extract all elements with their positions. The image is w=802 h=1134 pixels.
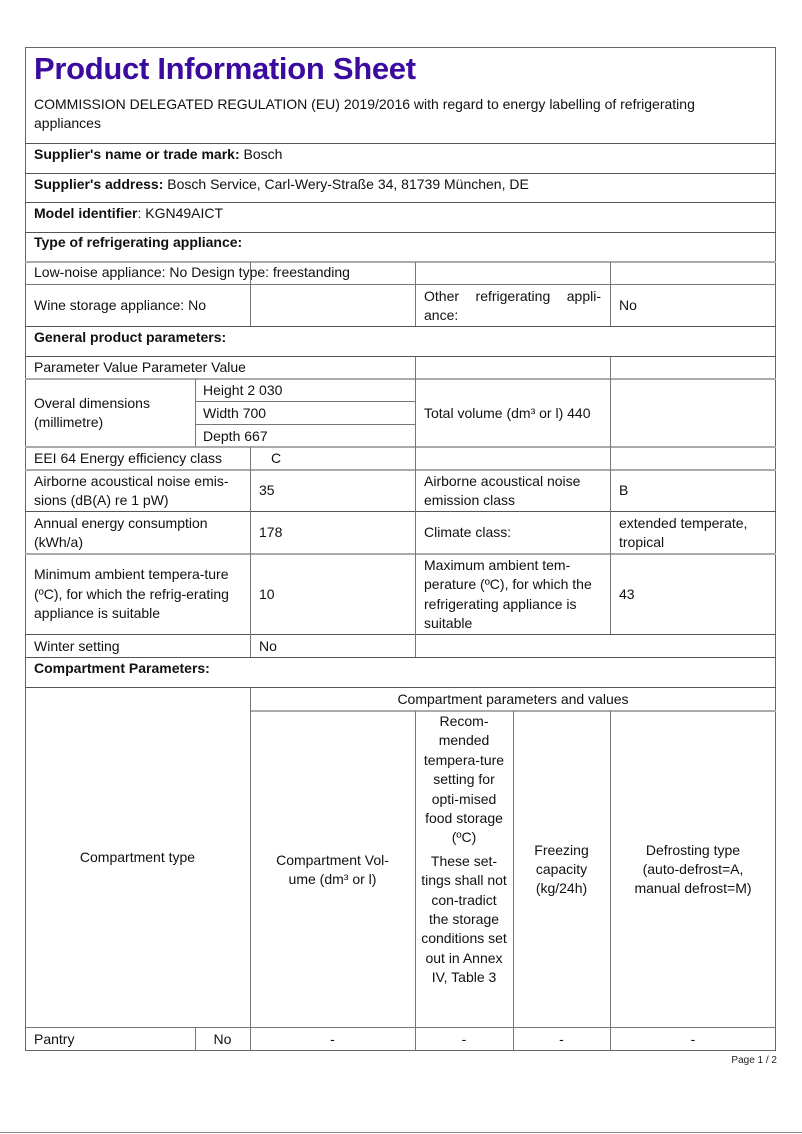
- dimension-height-value: 2 030: [247, 381, 282, 400]
- climate-value: extended temperate, tropical: [610, 512, 776, 553]
- page-title: Product Information Sheet: [34, 49, 416, 89]
- min-temp-label: Minimum ambient tempera-ture (ºC), for w…: [25, 555, 250, 634]
- row-compartment-freezing: -: [513, 1028, 610, 1050]
- climate-label: Climate class:: [415, 512, 610, 553]
- supplier-name-value: Bosch: [240, 146, 283, 162]
- general-heading: General product parameters:: [34, 328, 226, 347]
- low-noise-row: Low-noise appliance: No Design type: fre…: [34, 263, 350, 282]
- winter-label: Winter setting: [25, 635, 250, 657]
- model-identifier: Model identifier: KGN49AICT: [34, 204, 223, 223]
- col-defrosting-type: Defrosting type (auto-defrost=A, manual …: [610, 712, 776, 1027]
- energy-value: 178: [250, 512, 415, 553]
- row-compartment-volume: -: [250, 1028, 415, 1050]
- noise-class-value: B: [610, 470, 776, 511]
- dimension-width-label: Width: [203, 404, 239, 423]
- dimension-height: Height 2 030: [195, 379, 415, 401]
- compartment-group-header: Compartment parameters and values: [250, 688, 776, 710]
- col-freezing-capacity: Freezing capacity (kg/24h): [513, 712, 610, 1027]
- min-temp-value: 10: [250, 555, 415, 634]
- eei-class: C: [250, 447, 415, 469]
- supplier-name-label: Supplier's name or trade mark:: [34, 146, 240, 162]
- compartment-heading: Compartment Parameters:: [34, 659, 210, 678]
- regulation-subtitle: COMMISSION DELEGATED REGULATION (EU) 201…: [34, 95, 734, 133]
- row-compartment-type: Pantry: [25, 1028, 195, 1050]
- model-identifier-value: : KGN49AICT: [137, 205, 223, 221]
- col-recommended-temp-a: Recom-mended tempera-ture setting for op…: [421, 712, 507, 848]
- other-appliance-value: No: [610, 285, 776, 326]
- col-compartment-type: Compartment type: [25, 688, 250, 1027]
- other-appliance-label: Other refrigerating appli-ance:: [415, 285, 610, 326]
- noise-label: Airborne acoustical noise emis-sions (dB…: [25, 470, 250, 511]
- dimension-depth-value: 667: [244, 427, 267, 446]
- model-identifier-label: Model identifier: [34, 205, 137, 221]
- row-compartment-defrost: -: [610, 1028, 776, 1050]
- col-compartment-volume: Compartment Vol-ume (dm³ or l): [250, 712, 415, 1027]
- dimension-height-label: Height: [203, 381, 243, 400]
- row-compartment-temp: -: [415, 1028, 513, 1050]
- energy-label: Annual energy consumption (kWh/a): [25, 512, 250, 553]
- page-bottom-rule: [0, 1132, 802, 1133]
- max-temp-label: Maximum ambient tem-perature (ºC), for w…: [415, 555, 610, 634]
- row-compartment-present: No: [195, 1028, 250, 1050]
- supplier-address-value: Bosch Service, Carl-Wery-Straße 34, 8173…: [163, 176, 528, 192]
- supplier-address-label: Supplier's address:: [34, 176, 163, 192]
- dimension-width-value: 700: [243, 404, 266, 423]
- appliance-type-heading: Type of refrigerating appliance:: [34, 233, 242, 252]
- col-recommended-temp-b: These set-tings shall not con-tradict th…: [421, 852, 507, 988]
- total-volume: Total volume (dm³ or l) 440: [415, 379, 610, 447]
- dimension-depth-label: Depth: [203, 427, 240, 446]
- dimensions-label: Overal dimensions (millimetre): [25, 379, 195, 447]
- dimension-width: Width 700: [195, 402, 415, 424]
- col-recommended-temp: Recom-mended tempera-ture setting for op…: [415, 712, 513, 1027]
- max-temp-value: 43: [610, 555, 776, 634]
- wine-storage-cell: Wine storage appliance: No: [25, 285, 250, 326]
- noise-value: 35: [250, 470, 415, 511]
- supplier-name: Supplier's name or trade mark: Bosch: [34, 145, 282, 164]
- winter-value: No: [250, 635, 415, 657]
- dimension-depth: Depth 667: [195, 425, 415, 447]
- noise-class-label: Airborne acoustical noise emission class: [415, 470, 610, 511]
- supplier-address: Supplier's address: Bosch Service, Carl-…: [34, 175, 529, 194]
- page-number: Page 1 / 2: [731, 1055, 777, 1066]
- general-header-row: Parameter Value Parameter Value: [34, 358, 246, 377]
- eei-label: EEI 64 Energy efficiency class: [25, 447, 250, 469]
